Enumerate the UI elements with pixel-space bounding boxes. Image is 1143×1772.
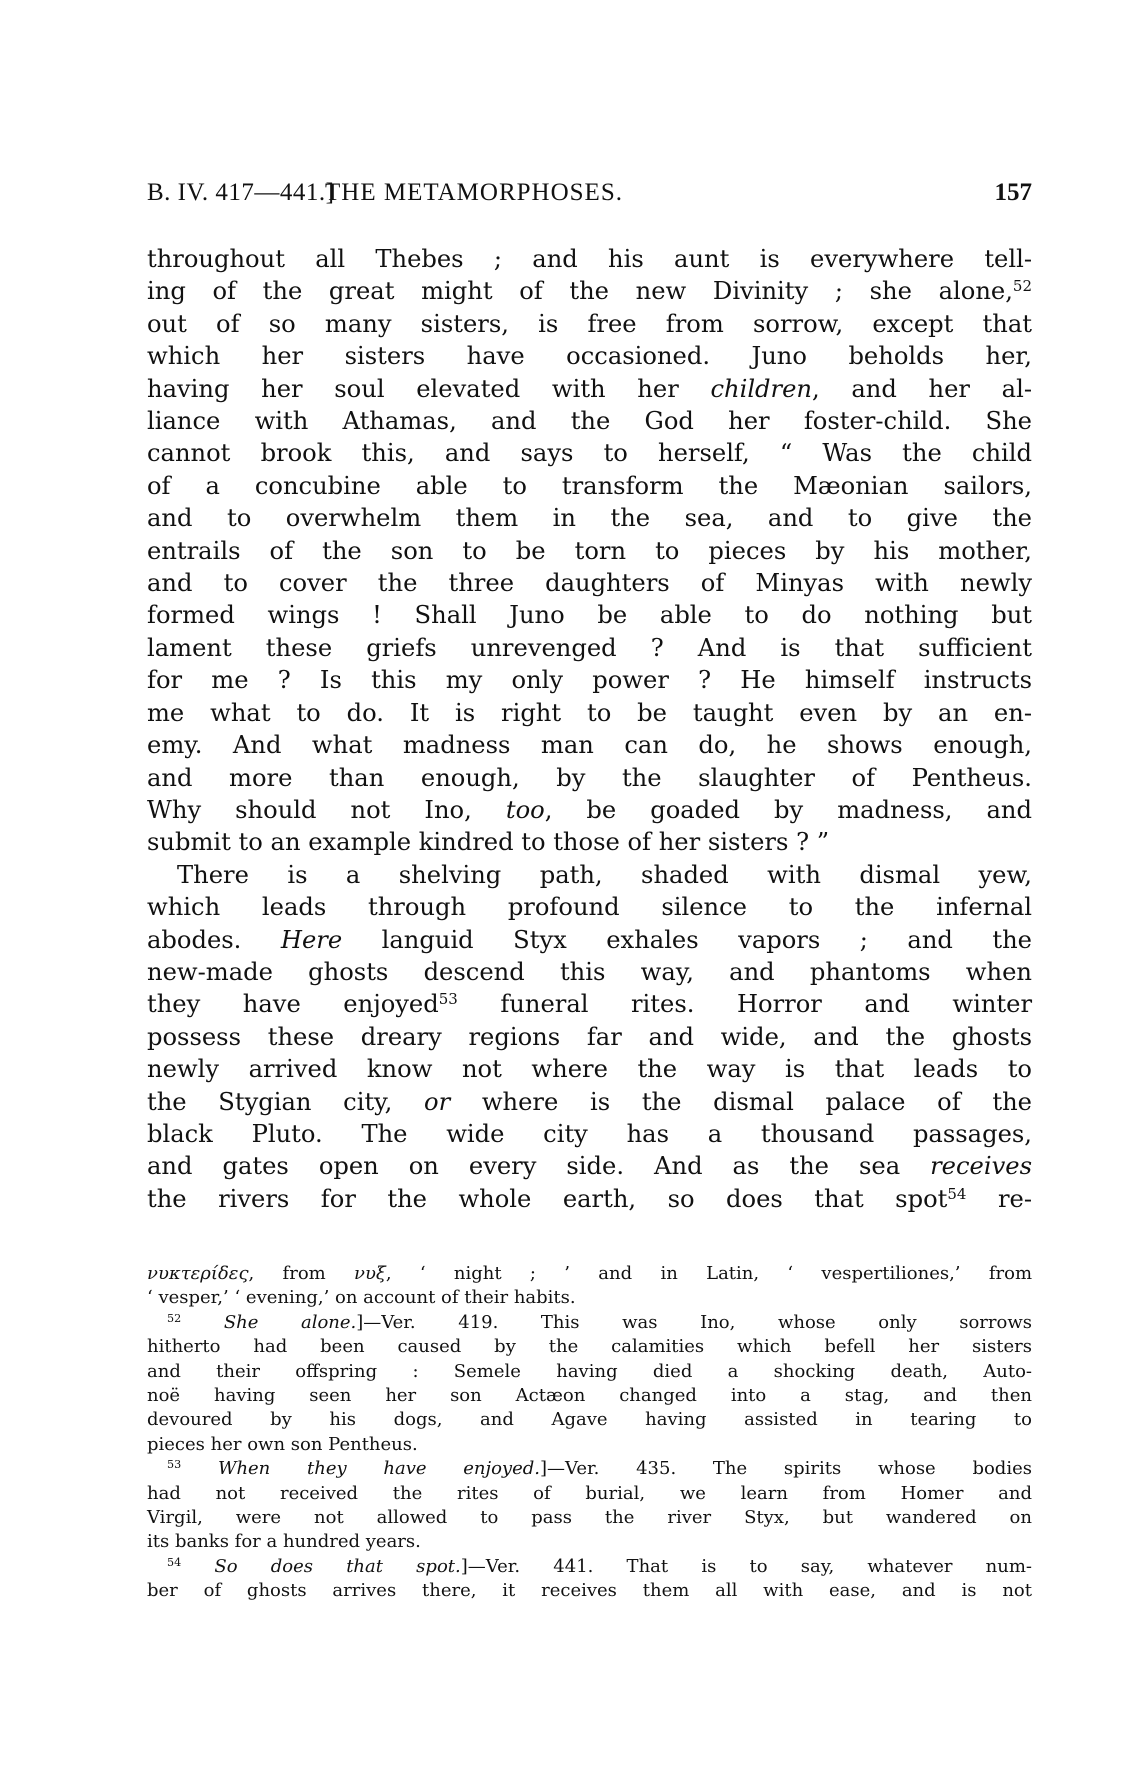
text-run: ing of the great might of the new Divini…	[147, 277, 1013, 305]
running-title: THE METAMORPHOSES.	[325, 176, 623, 210]
text-run: new-made ghosts descend this way, and ph…	[147, 958, 1032, 986]
book-verse-reference: B. IV. 417—441.]	[147, 176, 334, 210]
text-run: the Stygian city,	[147, 1088, 424, 1116]
footnote-line: noë having seen her son Actæon changed i…	[147, 1384, 1032, 1408]
footnote-ref: 53	[167, 1458, 181, 1471]
text-line: possess these dreary regions far and wid…	[147, 1021, 1032, 1053]
italic-text: children	[710, 375, 812, 403]
text-line: abodes. Here languid Styx exhales vapors…	[147, 924, 1032, 956]
italic-text: νυκτερίδες	[147, 1263, 249, 1284]
text-run: lament these griefs unrevenged ? And is …	[147, 634, 1032, 662]
text-line: out of so many sisters, is free from sor…	[147, 308, 1032, 340]
text-run: ]—Ver. 435. The spirits whose bodies	[540, 1458, 1032, 1479]
italic-text: When they have enjoyed.	[218, 1458, 540, 1479]
text-run: funeral rites. Horror and winter	[458, 990, 1032, 1018]
text-run: ]—Ver. 419. This was Ino, whose only sor…	[356, 1312, 1032, 1333]
text-line: ing of the great might of the new Divini…	[147, 275, 1032, 307]
text-run: pieces her own son Pentheus.	[147, 1434, 418, 1455]
footnote-line: ber of ghosts arrives there, it receives…	[147, 1579, 1032, 1603]
text-run: formed wings ! Shall Juno be able to do …	[147, 601, 1032, 629]
italic-text: So does that spot.	[214, 1556, 460, 1577]
text-run: and more than enough, by the slaughter o…	[147, 764, 1032, 792]
italic-text: receives	[930, 1152, 1032, 1180]
text-run: they have enjoyed	[147, 990, 439, 1018]
text-line: entrails of the son to be torn to pieces…	[147, 535, 1032, 567]
text-run: liance with Athamas, and the God her fos…	[147, 407, 1032, 435]
text-run	[181, 1556, 214, 1577]
text-line: for me ? Is this my only power ? He hims…	[147, 664, 1032, 696]
text-line: throughout all Thebes ; and his aunt is …	[147, 243, 1032, 275]
text-run: the rivers for the whole earth, so does …	[147, 1185, 947, 1213]
text-run: newly arrived know not where the way is …	[147, 1055, 1032, 1083]
italic-text: or	[424, 1088, 450, 1116]
page-number: 157	[995, 176, 1033, 210]
text-line: me what to do. It is right to be taught …	[147, 697, 1032, 729]
text-run: submit to an example kindred to those of…	[147, 828, 829, 856]
footnote-line: devoured by his dogs, and Agave having a…	[147, 1408, 1032, 1432]
text-run: hitherto had been caused by the calamiti…	[147, 1336, 1032, 1357]
text-run: , ‘ night ; ’ and in Latin, ‘ vespertili…	[386, 1263, 1032, 1284]
text-run: and their offspring : Semele having died…	[147, 1361, 1032, 1382]
text-run: where is the dismal palace of the	[450, 1088, 1032, 1116]
text-run: cannot brook this, and says to herself, …	[147, 439, 1032, 467]
text-run	[181, 1312, 224, 1333]
text-line: emy. And what madness man can do, he sho…	[147, 729, 1032, 761]
text-line: of a concubine able to transform the Mæo…	[147, 470, 1032, 502]
text-line: they have enjoyed53 funeral rites. Horro…	[147, 988, 1032, 1020]
footnote-ref: 54	[167, 1556, 181, 1569]
text-run: There is a shelving path, shaded with di…	[177, 861, 1032, 889]
footnote-line: Virgil, were not allowed to pass the riv…	[147, 1506, 1032, 1530]
footnote-line: had not received the rites of burial, we…	[147, 1482, 1032, 1506]
text-run: noë having seen her son Actæon changed i…	[147, 1385, 1032, 1406]
text-run: ‘ vesper,’ ‘ evening,’ on account of the…	[147, 1287, 576, 1308]
text-line: There is a shelving path, shaded with di…	[147, 859, 1032, 891]
italic-text: She alone.	[224, 1312, 356, 1333]
footnote-ref: 54	[947, 1185, 966, 1203]
text-run: and to overwhelm them in the sea, and to…	[147, 504, 1032, 532]
footnote-ref: 53	[439, 990, 458, 1008]
text-run: , be goaded by madness, and	[545, 796, 1032, 824]
text-run: me what to do. It is right to be taught …	[147, 699, 1032, 727]
text-line: liance with Athamas, and the God her fos…	[147, 405, 1032, 437]
text-run: and to cover the three daughters of Miny…	[147, 569, 1032, 597]
text-run: out of so many sisters, is free from sor…	[147, 310, 1032, 338]
text-run: for me ? Is this my only power ? He hims…	[147, 666, 1032, 694]
text-run: , and her al-	[812, 375, 1032, 403]
footnote-line: hitherto had been caused by the calamiti…	[147, 1335, 1032, 1359]
text-run	[181, 1458, 218, 1479]
footnote-line: 53 When they have enjoyed.]—Ver. 435. Th…	[147, 1457, 1032, 1481]
text-line: and to cover the three daughters of Miny…	[147, 567, 1032, 599]
text-line: submit to an example kindred to those of…	[147, 826, 1032, 858]
italic-text: Here	[281, 926, 342, 954]
text-line: and gates open on every side. And as the…	[147, 1150, 1032, 1182]
text-line: newly arrived know not where the way is …	[147, 1053, 1032, 1085]
footnote-line: its banks for a hundred years.	[147, 1530, 1032, 1554]
text-run: languid Styx exhales vapors ; and the	[342, 926, 1032, 954]
text-run: which leads through profound silence to …	[147, 893, 1032, 921]
footnote-line: pieces her own son Pentheus.	[147, 1433, 1032, 1457]
text-line: formed wings ! Shall Juno be able to do …	[147, 599, 1032, 631]
text-run: entrails of the son to be torn to pieces…	[147, 537, 1032, 565]
italic-text: νυξ	[354, 1263, 386, 1284]
text-line: lament these griefs unrevenged ? And is …	[147, 632, 1032, 664]
text-line: having her soul elevated with her childr…	[147, 373, 1032, 405]
footnotes: νυκτερίδες, from νυξ, ‘ night ; ’ and in…	[147, 1262, 1032, 1604]
text-line: cannot brook this, and says to herself, …	[147, 437, 1032, 469]
footnote-ref: 52	[167, 1312, 181, 1325]
text-run: Virgil, were not allowed to pass the riv…	[147, 1507, 1032, 1528]
text-run: Why should not Ino,	[147, 796, 506, 824]
footnote-line: and their offspring : Semele having died…	[147, 1360, 1032, 1384]
text-run: devoured by his dogs, and Agave having a…	[147, 1409, 1032, 1430]
text-line: which leads through profound silence to …	[147, 891, 1032, 923]
text-run: re-	[966, 1185, 1032, 1213]
footnote-line: νυκτερίδες, from νυξ, ‘ night ; ’ and in…	[147, 1262, 1032, 1286]
footnote-line: ‘ vesper,’ ‘ evening,’ on account of the…	[147, 1286, 1032, 1310]
text-run: ]—Ver. 441. That is to say, whatever num…	[461, 1556, 1032, 1577]
text-line: and to overwhelm them in the sea, and to…	[147, 502, 1032, 534]
footnote-ref: 52	[1013, 277, 1032, 295]
main-text: throughout all Thebes ; and his aunt is …	[147, 243, 1032, 1215]
text-run: emy. And what madness man can do, he sho…	[147, 731, 1032, 759]
text-line: new-made ghosts descend this way, and ph…	[147, 956, 1032, 988]
text-run: which her sisters have occasioned. Juno …	[147, 342, 1032, 370]
text-run: ber of ghosts arrives there, it receives…	[147, 1580, 1032, 1601]
text-run: of a concubine able to transform the Mæo…	[147, 472, 1032, 500]
text-run: possess these dreary regions far and wid…	[147, 1023, 1032, 1051]
footnote-line: 54 So does that spot.]—Ver. 441. That is…	[147, 1555, 1032, 1579]
text-line: which her sisters have occasioned. Juno …	[147, 340, 1032, 372]
text-run: , from	[249, 1263, 355, 1284]
text-run: abodes.	[147, 926, 281, 954]
text-run: throughout all Thebes ; and his aunt is …	[147, 245, 1032, 273]
text-line: Why should not Ino, too, be goaded by ma…	[147, 794, 1032, 826]
running-head: B. IV. 417—441.] THE METAMORPHOSES. 157	[147, 176, 1032, 210]
text-run: having her soul elevated with her	[147, 375, 710, 403]
text-line: the Stygian city, or where is the dismal…	[147, 1086, 1032, 1118]
book-page: B. IV. 417—441.] THE METAMORPHOSES. 157 …	[0, 0, 1143, 1772]
italic-text: too	[506, 796, 545, 824]
text-run: black Pluto. The wide city has a thousan…	[147, 1120, 1032, 1148]
text-run: its banks for a hundred years.	[147, 1531, 421, 1552]
text-line: black Pluto. The wide city has a thousan…	[147, 1118, 1032, 1150]
text-run: had not received the rites of burial, we…	[147, 1483, 1032, 1504]
text-run: and gates open on every side. And as the…	[147, 1152, 930, 1180]
text-line: the rivers for the whole earth, so does …	[147, 1183, 1032, 1215]
footnote-line: 52 She alone.]—Ver. 419. This was Ino, w…	[147, 1311, 1032, 1335]
text-line: and more than enough, by the slaughter o…	[147, 762, 1032, 794]
